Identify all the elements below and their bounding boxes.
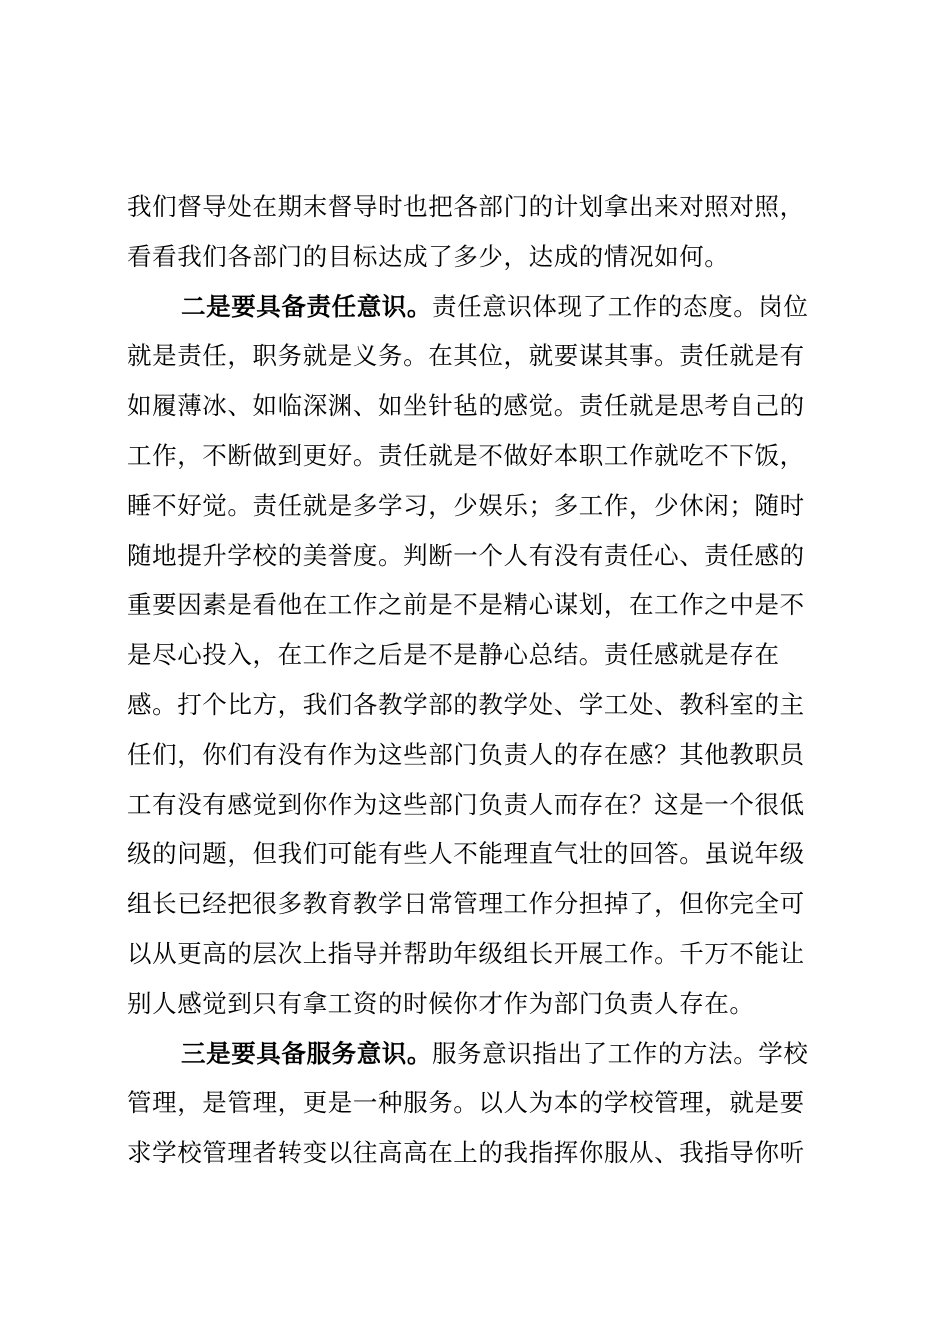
line-text: 组长已经把很多教育教学日常管理工作分担掉了，但你完全可 (127, 889, 805, 918)
text-line: 如履薄冰、如临深渊、如坐针毡的感觉。责任就是思考自己的 (127, 381, 837, 431)
line-text: 责任意识体现了工作的态度。岗位 (432, 292, 809, 321)
line-text: 求学校管理者转变以往高高在上的我指挥你服从、我指导你听 (127, 1138, 805, 1167)
line-text: 以从更高的层次上指导并帮助年级组长开展工作。千万不能让 (127, 939, 805, 968)
text-line: 求学校管理者转变以往高高在上的我指挥你服从、我指导你听 (127, 1128, 837, 1178)
line-text: 工作，不断做到更好。责任就是不做好本职工作就吃不下饭， (127, 441, 805, 470)
paragraph-service: 三是要具备服务意识。服务意识指出了工作的方法。学校 管理，是管理，更是一种服务。… (127, 1029, 837, 1178)
paragraph-continuation: 我们督导处在期末督导时也把各部门的计划拿出来对照对照， 看看我们各部门的目标达成… (127, 182, 837, 282)
text-line: 我们督导处在期末督导时也把各部门的计划拿出来对照对照， (127, 182, 837, 232)
line-text: 就是责任，职务就是义务。在其位，就要谋其事。责任就是有 (127, 341, 805, 370)
line-text: 管理，是管理，更是一种服务。以人为本的学校管理，就是要 (127, 1088, 805, 1117)
line-text: 是尽心投入，在工作之后是不是静心总结。责任感就是存在 (127, 640, 780, 669)
text-line: 管理，是管理，更是一种服务。以人为本的学校管理，就是要 (127, 1078, 837, 1128)
text-line: 重要因素是看他在工作之前是不是精心谋划，在工作之中是不 (127, 580, 837, 630)
text-line: 工作，不断做到更好。责任就是不做好本职工作就吃不下饭， (127, 431, 837, 481)
text-line: 以从更高的层次上指导并帮助年级组长开展工作。千万不能让 (127, 929, 837, 979)
line-text: 别人感觉到只有拿工资的时候你才作为部门负责人存在。 (127, 989, 755, 1018)
paragraph-heading: 二是要具备责任意识。 (181, 292, 432, 321)
text-line: 组长已经把很多教育教学日常管理工作分担掉了，但你完全可 (127, 879, 837, 929)
line-text: 睡不好觉。责任就是多学习，少娱乐；多工作，少休闲；随时 (127, 491, 805, 520)
text-line: 随地提升学校的美誉度。判断一个人有没有责任心、责任感的 (127, 531, 837, 581)
text-line: 是尽心投入，在工作之后是不是静心总结。责任感就是存在 (127, 630, 837, 680)
line-text: 如履薄冰、如临深渊、如坐针毡的感觉。责任就是思考自己的 (127, 391, 805, 420)
text-line: 级的问题，但我们可能有些人不能理直气壮的回答。虽说年级 (127, 829, 837, 879)
text-line: 睡不好觉。责任就是多学习，少娱乐；多工作，少休闲；随时 (127, 481, 837, 531)
text-line: 感。打个比方，我们各教学部的教学处、学工处、教科室的主 (127, 680, 837, 730)
text-line: 别人感觉到只有拿工资的时候你才作为部门负责人存在。 (127, 979, 837, 1029)
line-text: 感。打个比方，我们各教学部的教学处、学工处、教科室的主 (127, 690, 805, 719)
line-text: 看看我们各部门的目标达成了多少，达成的情况如何。 (127, 242, 729, 271)
text-line: 三是要具备服务意识。服务意识指出了工作的方法。学校 (127, 1029, 837, 1079)
line-text: 任们，你们有没有作为这些部门负责人的存在感？其他教职员 (127, 740, 805, 769)
text-line: 二是要具备责任意识。责任意识体现了工作的态度。岗位 (127, 282, 837, 332)
line-text: 随地提升学校的美誉度。判断一个人有没有责任心、责任感的 (127, 541, 805, 570)
text-line: 工有没有感觉到你作为这些部门负责人而存在？这是一个很低 (127, 780, 837, 830)
line-text: 服务意识指出了工作的方法。学校 (432, 1039, 809, 1068)
line-text: 重要因素是看他在工作之前是不是精心谋划，在工作之中是不 (127, 590, 805, 619)
paragraph-heading: 三是要具备服务意识。 (181, 1039, 432, 1068)
text-line: 就是责任，职务就是义务。在其位，就要谋其事。责任就是有 (127, 331, 837, 381)
document-page: 我们督导处在期末督导时也把各部门的计划拿出来对照对照， 看看我们各部门的目标达成… (127, 182, 837, 1178)
line-text: 工有没有感觉到你作为这些部门负责人而存在？这是一个很低 (127, 790, 805, 819)
line-text: 级的问题，但我们可能有些人不能理直气壮的回答。虽说年级 (127, 839, 805, 868)
paragraph-responsibility: 二是要具备责任意识。责任意识体现了工作的态度。岗位 就是责任，职务就是义务。在其… (127, 282, 837, 1029)
line-text: 我们督导处在期末督导时也把各部门的计划拿出来对照对照， (127, 192, 805, 221)
text-line: 看看我们各部门的目标达成了多少，达成的情况如何。 (127, 232, 837, 282)
text-line: 任们，你们有没有作为这些部门负责人的存在感？其他教职员 (127, 730, 837, 780)
